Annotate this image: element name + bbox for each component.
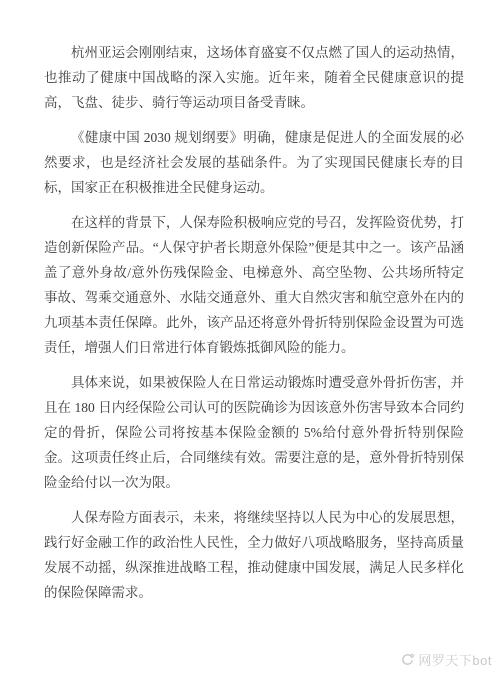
paragraph: 杭州亚运会刚刚结束，这场体育盛宴不仅点燃了国人的运动热情，也推动了健康中国战略的… xyxy=(44,40,464,115)
article-body: 杭州亚运会刚刚结束，这场体育盛宴不仅点燃了国人的运动热情，也推动了健康中国战略的… xyxy=(44,40,464,615)
watermark-text: 网罗天下bot xyxy=(418,650,492,669)
paragraph: 人保寿险方面表示，未来，将继续坚持以人民为中心的发展思想，践行好金融工作的政治性… xyxy=(44,505,464,605)
swirl-logo-icon xyxy=(400,652,415,667)
paragraph: 在这样的背景下，人保寿险积极响应党的号召，发挥险资优势，打造创新保险产品。“人保… xyxy=(44,210,464,360)
article-page: 杭州亚运会刚刚结束，这场体育盛宴不仅点燃了国人的运动热情，也推动了健康中国战略的… xyxy=(0,0,500,674)
watermark: 网罗天下bot xyxy=(400,650,492,669)
paragraph: 《健康中国 2030 规划纲要》明确，健康是促进人的全面发展的必然要求，也是经济… xyxy=(44,125,464,200)
paragraph: 具体来说，如果被保险人在日常运动锻炼时遭受意外骨折伤害，并且在 180 日内经保… xyxy=(44,370,464,495)
